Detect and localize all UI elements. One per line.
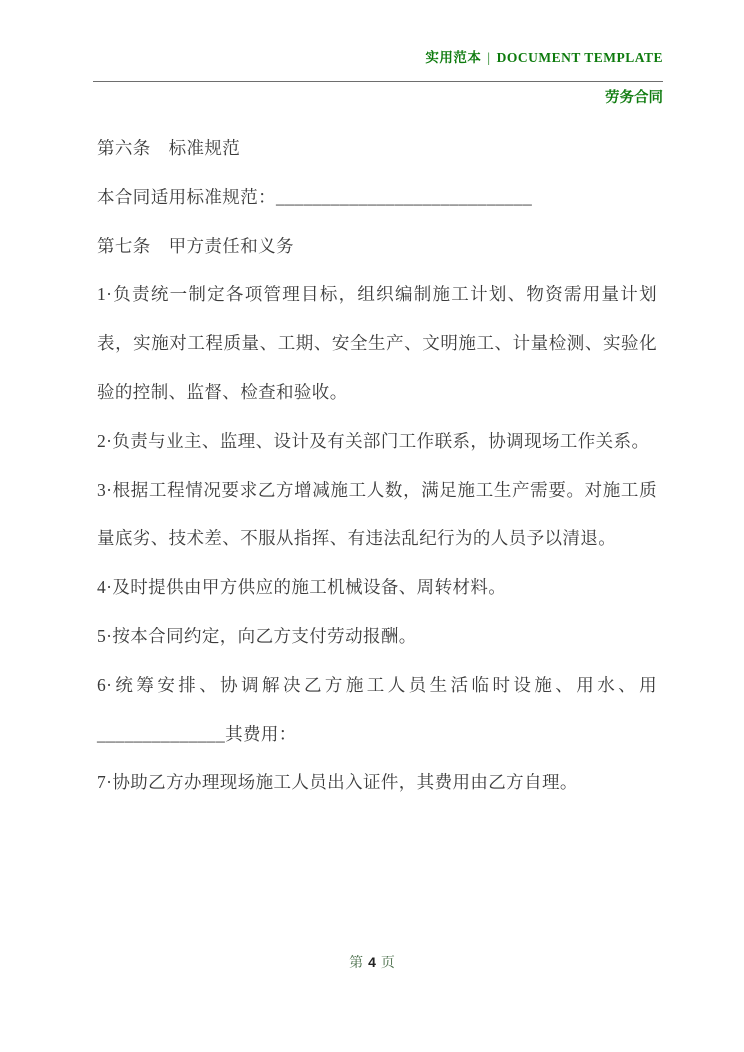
document-title: 劳务合同 xyxy=(93,90,663,107)
contract-paragraph-1: 1·负责统一制定各项管理目标，组织编制施工计划、物资需用量计划表，实施对工程质量… xyxy=(97,270,657,416)
clause-heading-7: 第七条 甲方责任和义务 xyxy=(97,222,657,271)
contract-body: 第六条 标准规范 本合同适用标准规范：_____________________… xyxy=(97,124,657,807)
contract-paragraph-3: 3·根据工程情况要求乙方增减施工人数，满足施工生产需要。对施工质量底劣、技术差、… xyxy=(97,466,657,564)
contract-paragraph-4: 4·及时提供由甲方供应的施工机械设备、周转材料。 xyxy=(97,563,657,612)
page-footer: 第4页 xyxy=(0,953,744,973)
contract-paragraph-5: 5·按本合同约定，向乙方支付劳动报酬。 xyxy=(97,612,657,661)
page-header: 实用范本|DOCUMENT TEMPLATE 劳务合同 xyxy=(93,0,663,107)
header-separator: | xyxy=(481,50,496,65)
contract-paragraph-7: 7·协助乙方办理现场施工人员出入证件，其费用由乙方自理。 xyxy=(97,758,657,807)
page-number-prefix: 第 xyxy=(349,956,363,971)
contract-paragraph-6: 6·统筹安排、协调解决乙方施工人员生活临时设施、用水、用____________… xyxy=(97,661,657,759)
header-brand-en: DOCUMENT TEMPLATE xyxy=(497,50,663,65)
header-brand-cn: 实用范本 xyxy=(425,50,481,65)
page-number: 4 xyxy=(363,954,381,970)
header-brand: 实用范本|DOCUMENT TEMPLATE xyxy=(93,50,663,66)
header-divider xyxy=(93,81,663,82)
clause-6-fill-in-line: 本合同适用标准规范：____________________________ xyxy=(97,173,657,222)
document-page: 实用范本|DOCUMENT TEMPLATE 劳务合同 第六条 标准规范 本合同… xyxy=(0,0,744,1052)
page-number-suffix: 页 xyxy=(381,956,395,971)
contract-paragraph-2: 2·负责与业主、监理、设计及有关部门工作联系，协调现场工作关系。 xyxy=(97,417,657,466)
clause-heading-6: 第六条 标准规范 xyxy=(97,124,657,173)
